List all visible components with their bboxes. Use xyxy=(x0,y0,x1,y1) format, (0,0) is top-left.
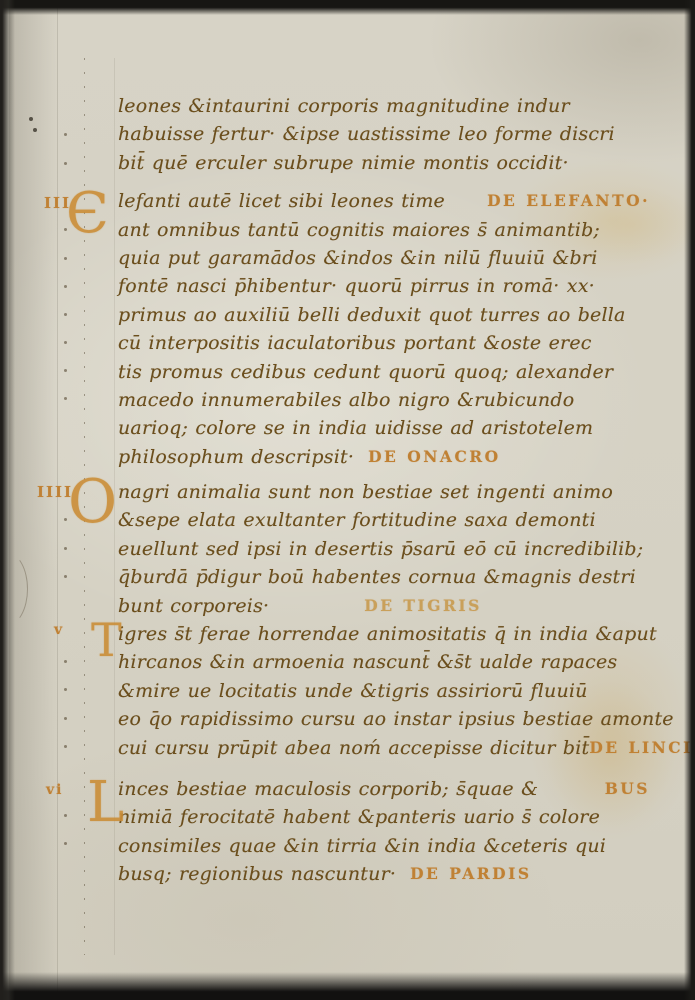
text-line: bunt corporeis·DE TIGRIS xyxy=(118,592,650,620)
body-text: &mire ue locitatis unde &tigris assirior… xyxy=(118,677,588,705)
text-line: nimiā ferocitatē habent &panteris uario … xyxy=(118,803,650,831)
prick-mark xyxy=(64,313,67,316)
text-line: leones &intaurini corporis magnitudine i… xyxy=(118,92,650,120)
text-line: uarioq; colore se in india uidisse ad ar… xyxy=(118,414,650,442)
illuminated-initial: O xyxy=(68,470,117,534)
text-line: habuisse fertur· &ipse uastissime leo fo… xyxy=(118,120,650,148)
body-text: philosophum descripsit· xyxy=(118,443,354,471)
rubric-heading: DE LINCI xyxy=(589,734,693,762)
rubric-heading: BUS xyxy=(605,775,650,803)
text-line: inces bestiae maculosis corporib; s̄quae… xyxy=(118,775,650,803)
text-line: hircanos &in armoenia nascunt̄ &s̄t uald… xyxy=(118,648,650,676)
body-text: busq; regionibus nascuntur· xyxy=(118,860,396,888)
body-text: leones &intaurini corporis magnitudine i… xyxy=(118,92,570,120)
text-line: ant omnibus tantū cognitis maiores s̄ an… xyxy=(118,216,650,244)
text-line: lefanti autē licet sibi leones timeDE EL… xyxy=(118,187,650,215)
illuminated-initial: T xyxy=(91,614,122,666)
chapter-numeral: vi xyxy=(46,782,63,798)
text-line: nagri animalia sunt non bestiae set inge… xyxy=(118,478,650,506)
scan-edge-top xyxy=(0,0,695,15)
body-text: cui cursu prūpit abea noḿ accepisse dici… xyxy=(118,734,589,762)
body-text: nagri animalia sunt non bestiae set inge… xyxy=(118,478,613,506)
section-3: IIIIOnagri animalia sunt non bestiae set… xyxy=(118,478,650,620)
body-text: inces bestiae maculosis corporib; s̄quae… xyxy=(118,775,538,803)
text-line: q̄burdā p̄digur boū habentes cornua &mag… xyxy=(118,563,650,591)
body-text: habuisse fertur· &ipse uastissime leo fo… xyxy=(118,120,615,148)
text-line: philosophum descripsit·DE ONACRO xyxy=(118,443,650,471)
scan-edge-left xyxy=(0,0,15,1000)
text-line: euellunt sed ipsi in desertis p̄sarū eō … xyxy=(118,535,650,563)
prick-mark xyxy=(64,547,67,550)
rubric-heading: DE ELEFANTO· xyxy=(487,187,650,215)
text-line: consimiles quae &in tirria &in india &ce… xyxy=(118,832,650,860)
prick-mark xyxy=(64,341,67,344)
prick-mark xyxy=(64,717,67,720)
prick-mark xyxy=(64,162,67,165)
illuminated-initial: L xyxy=(87,772,124,834)
body-text: hircanos &in armoenia nascunt̄ &s̄t uald… xyxy=(118,648,617,676)
body-text: q̄burdā p̄digur boū habentes cornua &mag… xyxy=(118,563,636,591)
body-text: primus ao auxiliū belli deduxit quot tur… xyxy=(118,301,626,329)
body-text: macedo innumerabiles albo nigro &rubicun… xyxy=(118,386,574,414)
rubric-heading: DE PARDIS xyxy=(410,860,531,888)
prick-mark xyxy=(64,369,67,372)
chapter-numeral: v xyxy=(54,622,64,638)
body-text: lefanti autē licet sibi leones time xyxy=(118,187,445,215)
rubric-heading: DE TIGRIS xyxy=(364,592,482,620)
scan-edge-bottom xyxy=(0,972,695,1000)
text-line: eo q̄o rapidissimo cursu ao instar ipsiu… xyxy=(118,705,650,733)
section-5: viLinces bestiae maculosis corporib; s̄q… xyxy=(118,775,650,889)
text-line: cui cursu prūpit abea noḿ accepisse dici… xyxy=(118,734,650,762)
scan-edge-right xyxy=(684,0,695,1000)
prick-mark xyxy=(64,660,67,663)
section-1: leones &intaurini corporis magnitudine i… xyxy=(118,92,650,177)
body-text: consimiles quae &in tirria &in india &ce… xyxy=(118,832,606,860)
text-line: primus ao auxiliū belli deduxit quot tur… xyxy=(118,301,650,329)
body-text: bit̄ quē erculer subrupe nimie montis oc… xyxy=(118,149,569,177)
text-line: bit̄ quē erculer subrupe nimie montis oc… xyxy=(118,149,650,177)
text-line: &mire ue locitatis unde &tigris assirior… xyxy=(118,677,650,705)
text-line: cū interpositis iaculatoribus portant &o… xyxy=(118,329,650,357)
section-2: IIIЄlefanti autē licet sibi leones timeD… xyxy=(118,187,650,471)
rubric-heading: DE ONACRO xyxy=(368,443,501,471)
prick-mark xyxy=(64,842,67,845)
margin-mark xyxy=(29,117,33,121)
text-line: igres s̄t ferae horrendae animositatis q… xyxy=(118,620,650,648)
margin-mark xyxy=(33,128,37,132)
body-text: uarioq; colore se in india uidisse ad ar… xyxy=(118,414,593,442)
body-text: &sepe elata exultanter fortitudine saxa … xyxy=(118,506,596,534)
text-line: macedo innumerabiles albo nigro &rubicun… xyxy=(118,386,650,414)
prick-mark xyxy=(64,575,67,578)
text-block: leones &intaurini corporis magnitudine i… xyxy=(118,92,650,889)
prick-mark xyxy=(64,133,67,136)
body-text: igres s̄t ferae horrendae animositatis q… xyxy=(118,620,657,648)
manuscript-page: leones &intaurini corporis magnitudine i… xyxy=(0,0,695,1000)
prick-mark xyxy=(64,518,67,521)
body-text: fontē nasci p̄hibentur· quorū pirrus in … xyxy=(118,272,595,300)
prick-mark xyxy=(64,257,67,260)
body-text: tis promus cedibus cedunt quorū quoq; al… xyxy=(118,358,613,386)
body-text: quia put garamādos &indos &in nilū fluui… xyxy=(118,244,597,272)
illuminated-initial: Є xyxy=(66,184,109,244)
text-line: busq; regionibus nascuntur·DE PARDIS xyxy=(118,860,650,888)
prick-mark xyxy=(64,814,67,817)
text-line: fontē nasci p̄hibentur· quorū pirrus in … xyxy=(118,272,650,300)
prick-mark xyxy=(64,688,67,691)
prick-mark xyxy=(64,397,67,400)
body-text: eo q̄o rapidissimo cursu ao instar ipsiu… xyxy=(118,705,674,733)
text-line: quia put garamādos &indos &in nilū fluui… xyxy=(118,244,650,272)
prick-mark xyxy=(64,745,67,748)
text-line: &sepe elata exultanter fortitudine saxa … xyxy=(118,506,650,534)
text-line: tis promus cedibus cedunt quorū quoq; al… xyxy=(118,358,650,386)
body-text: bunt corporeis· xyxy=(118,592,269,620)
prick-mark xyxy=(64,285,67,288)
section-4: vTigres s̄t ferae horrendae animositatis… xyxy=(118,620,650,762)
body-text: cū interpositis iaculatoribus portant &o… xyxy=(118,329,592,357)
body-text: euellunt sed ipsi in desertis p̄sarū eō … xyxy=(118,535,643,563)
body-text: nimiā ferocitatē habent &panteris uario … xyxy=(118,803,600,831)
body-text: ant omnibus tantū cognitis maiores s̄ an… xyxy=(118,216,600,244)
